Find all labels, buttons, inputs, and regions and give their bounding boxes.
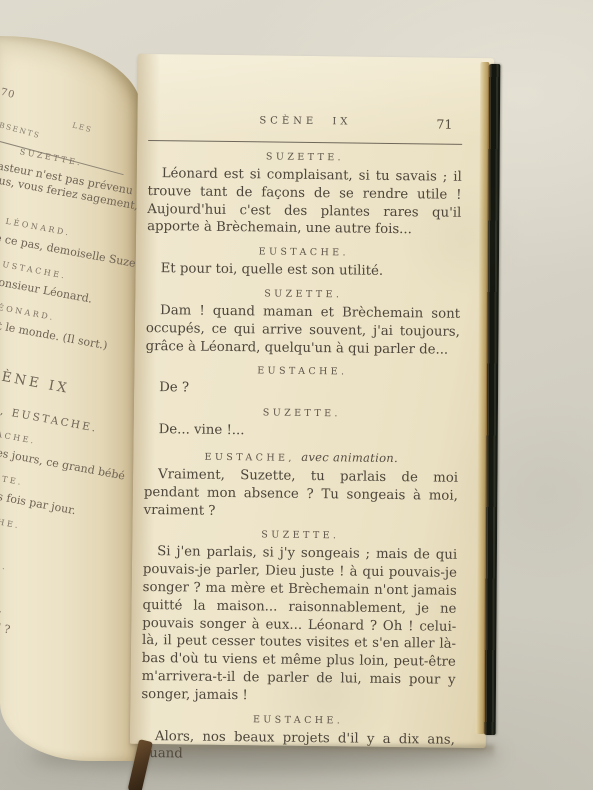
dialogue-paragraph: Et pour toi, quelle est son utilité. [146,260,460,282]
speaker-heading: SUZETTE. [143,528,457,543]
stage-direction: avec animation. [301,450,398,465]
speaker-name: EUSTACHE, [205,452,295,464]
speaker-heading: SUZETTE. [146,287,460,302]
header-rule [148,140,462,145]
dialogue-paragraph: Si j'en parlais, si j'y songeais ; mais … [141,543,457,707]
left-page: 70 LES ABSENTS SUZETTE. M. le pasteur n'… [0,36,141,761]
scene-heading: SCÈNE IX [0,357,110,404]
scene-running-title: SCÈNE IX [148,114,462,129]
speaker-heading: EUSTACHE. [141,712,455,727]
dialogue-paragraph: De... vine !... [145,421,459,443]
dialogue-paragraph: Dam ! quand maman et Brèchemain sont occ… [146,302,461,359]
speaker-heading: EUSTACHE. [147,245,461,260]
speaker-heading-with-direction: EUSTACHE, avec animation. [144,448,458,466]
right-page-header: SCÈNE IX 71 [148,114,462,134]
page-bottom-shadow [138,745,494,758]
left-page-text: SUZETTE. M. le pasteur n'est pas prévenu… [0,122,141,647]
speaker-heading: SUZETTE. [145,406,459,421]
speaker-heading: EUSTACHE. [145,364,459,379]
right-page-text: SCÈNE IX 71 SUZETTE. Léonard est si comp… [141,114,463,767]
photo-of-open-book: 70 LES ABSENTS SUZETTE. M. le pasteur n'… [0,0,593,790]
right-page: SCÈNE IX 71 SUZETTE. Léonard est si comp… [130,54,494,748]
page-number-left: 70 [0,87,16,101]
page-number-right: 71 [436,117,452,132]
speaker-heading: SUZETTE. [148,150,462,165]
dialogue-paragraph: Vraiment, Suzette, tu parlais de moi pen… [144,466,459,523]
dialogue-paragraph: De ? [145,379,459,401]
dialogue-paragraph: Léonard est si complaisant, si tu savais… [147,165,462,240]
